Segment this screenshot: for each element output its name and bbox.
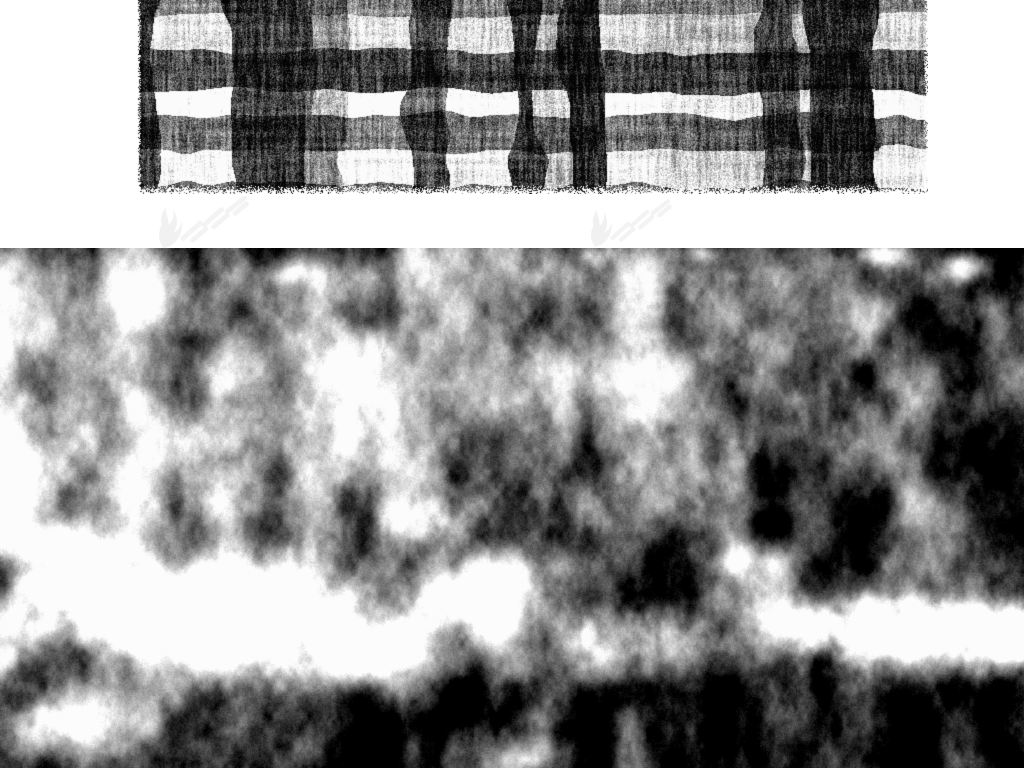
grunge-charcoal-texture xyxy=(0,248,1024,768)
plaid-brush-texture xyxy=(137,0,928,194)
texture-artwork xyxy=(0,0,1024,768)
paper-gap xyxy=(0,194,1024,248)
